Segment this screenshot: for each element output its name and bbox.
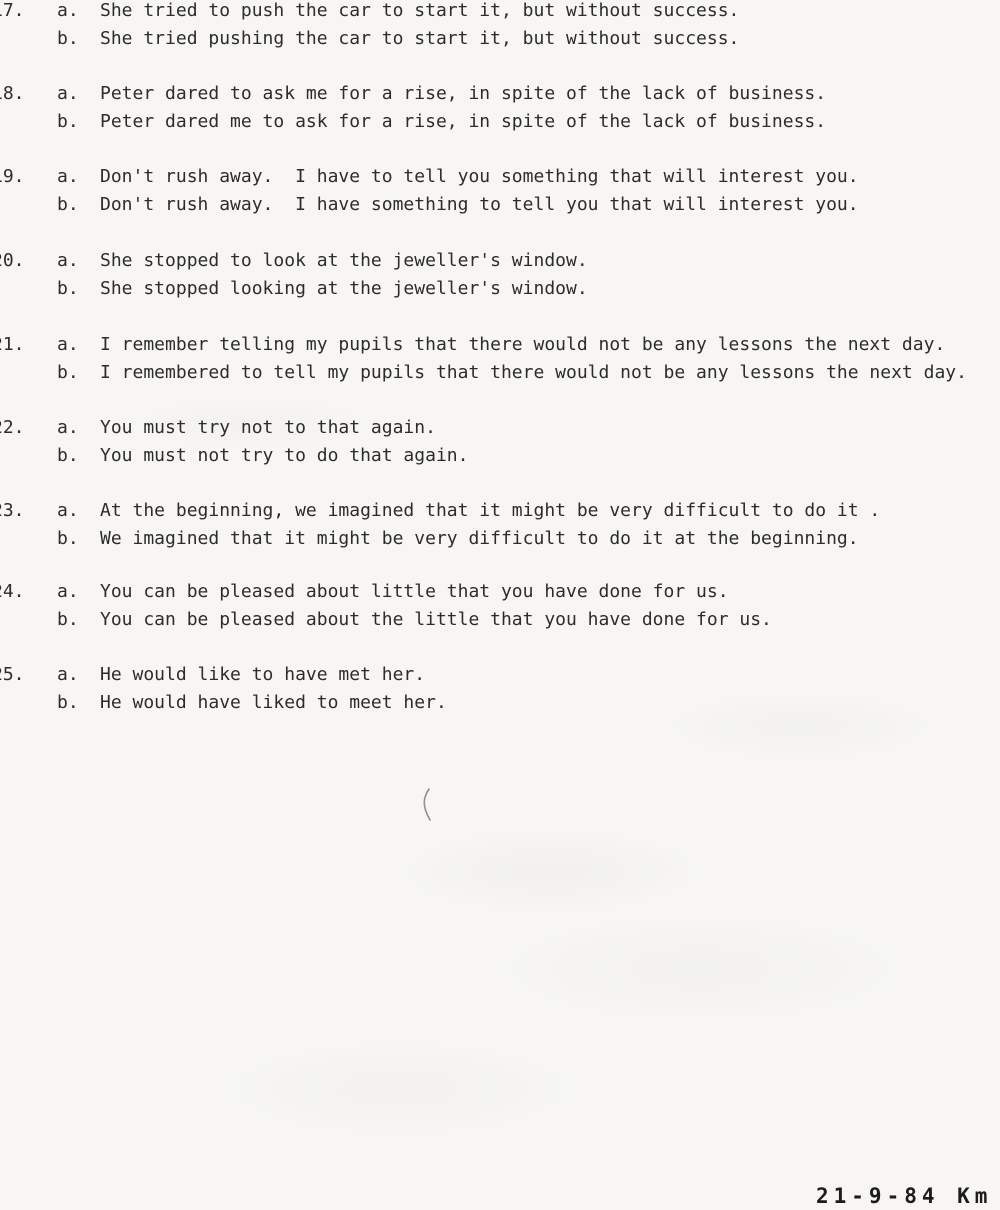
sentence-line-a: 17. a. She tried to push the car to star… — [0, 0, 1000, 25]
sentence-line-b: b. Peter dared me to ask for a rise, in … — [0, 108, 1000, 136]
sentence-line-a: 18. a. Peter dared to ask me for a rise,… — [0, 80, 1000, 108]
option-b-label: b. — [57, 606, 79, 634]
sentence-b-text: Don't rush away. I have something to tel… — [100, 191, 859, 219]
sentence-b-text: Peter dared me to ask for a rise, in spi… — [100, 108, 826, 136]
item-number: 22. — [0, 414, 25, 442]
exercise-item-19: 19. a. Don't rush away. I have to tell y… — [0, 163, 1000, 219]
sentence-line-b: b. Don't rush away. I have something to … — [0, 191, 1000, 219]
sentence-line-a: 25. a. He would like to have met her. — [0, 661, 1000, 689]
option-a-label: a. — [57, 247, 79, 275]
exercise-item-20: 20. a. She stopped to look at the jewell… — [0, 247, 1000, 303]
scanned-exercise-page: 17. a. She tried to push the car to star… — [0, 0, 1000, 1210]
item-number: 20. — [0, 247, 25, 275]
exercise-item-18: 18. a. Peter dared to ask me for a rise,… — [0, 80, 1000, 136]
option-a-label: a. — [57, 331, 79, 359]
date-stamp: 21-9-84 Km — [816, 1184, 992, 1208]
sentence-a-text: At the beginning, we imagined that it mi… — [100, 497, 880, 525]
item-number: 23. — [0, 497, 25, 525]
pen-mark-icon — [416, 786, 438, 824]
item-number: 17. — [0, 0, 25, 25]
sentence-a-text: I remember telling my pupils that there … — [100, 331, 945, 359]
option-b-label: b. — [57, 25, 79, 53]
sentence-line-b: b. We imagined that it might be very dif… — [0, 525, 1000, 553]
sentence-b-text: He would have liked to meet her. — [100, 689, 447, 717]
item-number: 21. — [0, 331, 25, 359]
exercise-item-17: 17. a. She tried to push the car to star… — [0, 0, 1000, 53]
sentence-b-text: She stopped looking at the jeweller's wi… — [100, 275, 588, 303]
sentence-line-a: 24. a. You can be pleased about little t… — [0, 578, 1000, 606]
sentence-line-b: b. I remembered to tell my pupils that t… — [0, 359, 1000, 387]
exercise-item-24: 24. a. You can be pleased about little t… — [0, 578, 1000, 634]
sentence-line-b: b. She tried pushing the car to start it… — [0, 25, 1000, 53]
option-b-label: b. — [57, 442, 79, 470]
option-a-label: a. — [57, 578, 79, 606]
item-number: 18. — [0, 80, 25, 108]
option-b-label: b. — [57, 689, 79, 717]
option-a-label: a. — [57, 0, 79, 25]
sentence-a-text: Peter dared to ask me for a rise, in spi… — [100, 80, 826, 108]
option-b-label: b. — [57, 525, 79, 553]
sentence-line-b: b. She stopped looking at the jeweller's… — [0, 275, 1000, 303]
sentence-b-text: I remembered to tell my pupils that ther… — [100, 359, 967, 387]
sentence-line-a: 23. a. At the beginning, we imagined tha… — [0, 497, 1000, 525]
sentence-b-text: You must not try to do that again. — [100, 442, 468, 470]
sentence-a-text: You can be pleased about little that you… — [100, 578, 729, 606]
option-b-label: b. — [57, 191, 79, 219]
sentence-a-text: She tried to push the car to start it, b… — [100, 0, 739, 25]
sentence-a-text: He would like to have met her. — [100, 661, 425, 689]
option-a-label: a. — [57, 414, 79, 442]
sentence-b-text: You can be pleased about the little that… — [100, 606, 772, 634]
sentence-line-a: 19. a. Don't rush away. I have to tell y… — [0, 163, 1000, 191]
option-a-label: a. — [57, 497, 79, 525]
exercise-item-22: 22. a. You must try not to that again. b… — [0, 414, 1000, 470]
option-b-label: b. — [57, 275, 79, 303]
sentence-line-b: b. He would have liked to meet her. — [0, 689, 1000, 717]
exercise-item-25: 25. a. He would like to have met her. b.… — [0, 661, 1000, 717]
sentence-a-text: She stopped to look at the jeweller's wi… — [100, 247, 588, 275]
sentence-a-text: Don't rush away. I have to tell you some… — [100, 163, 859, 191]
sentence-line-a: 22. a. You must try not to that again. — [0, 414, 1000, 442]
sentence-b-text: She tried pushing the car to start it, b… — [100, 25, 739, 53]
option-a-label: a. — [57, 80, 79, 108]
item-number: 24. — [0, 578, 25, 606]
sentence-a-text: You must try not to that again. — [100, 414, 436, 442]
item-number: 25. — [0, 661, 25, 689]
sentence-line-b: b. You must not try to do that again. — [0, 442, 1000, 470]
item-number: 19. — [0, 163, 25, 191]
sentence-line-a: 20. a. She stopped to look at the jewell… — [0, 247, 1000, 275]
option-a-label: a. — [57, 661, 79, 689]
sentence-line-a: 21. a. I remember telling my pupils that… — [0, 331, 1000, 359]
sentence-b-text: We imagined that it might be very diffic… — [100, 525, 859, 553]
sentence-line-b: b. You can be pleased about the little t… — [0, 606, 1000, 634]
option-b-label: b. — [57, 108, 79, 136]
option-b-label: b. — [57, 359, 79, 387]
exercise-item-21: 21. a. I remember telling my pupils that… — [0, 331, 1000, 387]
exercise-item-23: 23. a. At the beginning, we imagined tha… — [0, 497, 1000, 553]
option-a-label: a. — [57, 163, 79, 191]
